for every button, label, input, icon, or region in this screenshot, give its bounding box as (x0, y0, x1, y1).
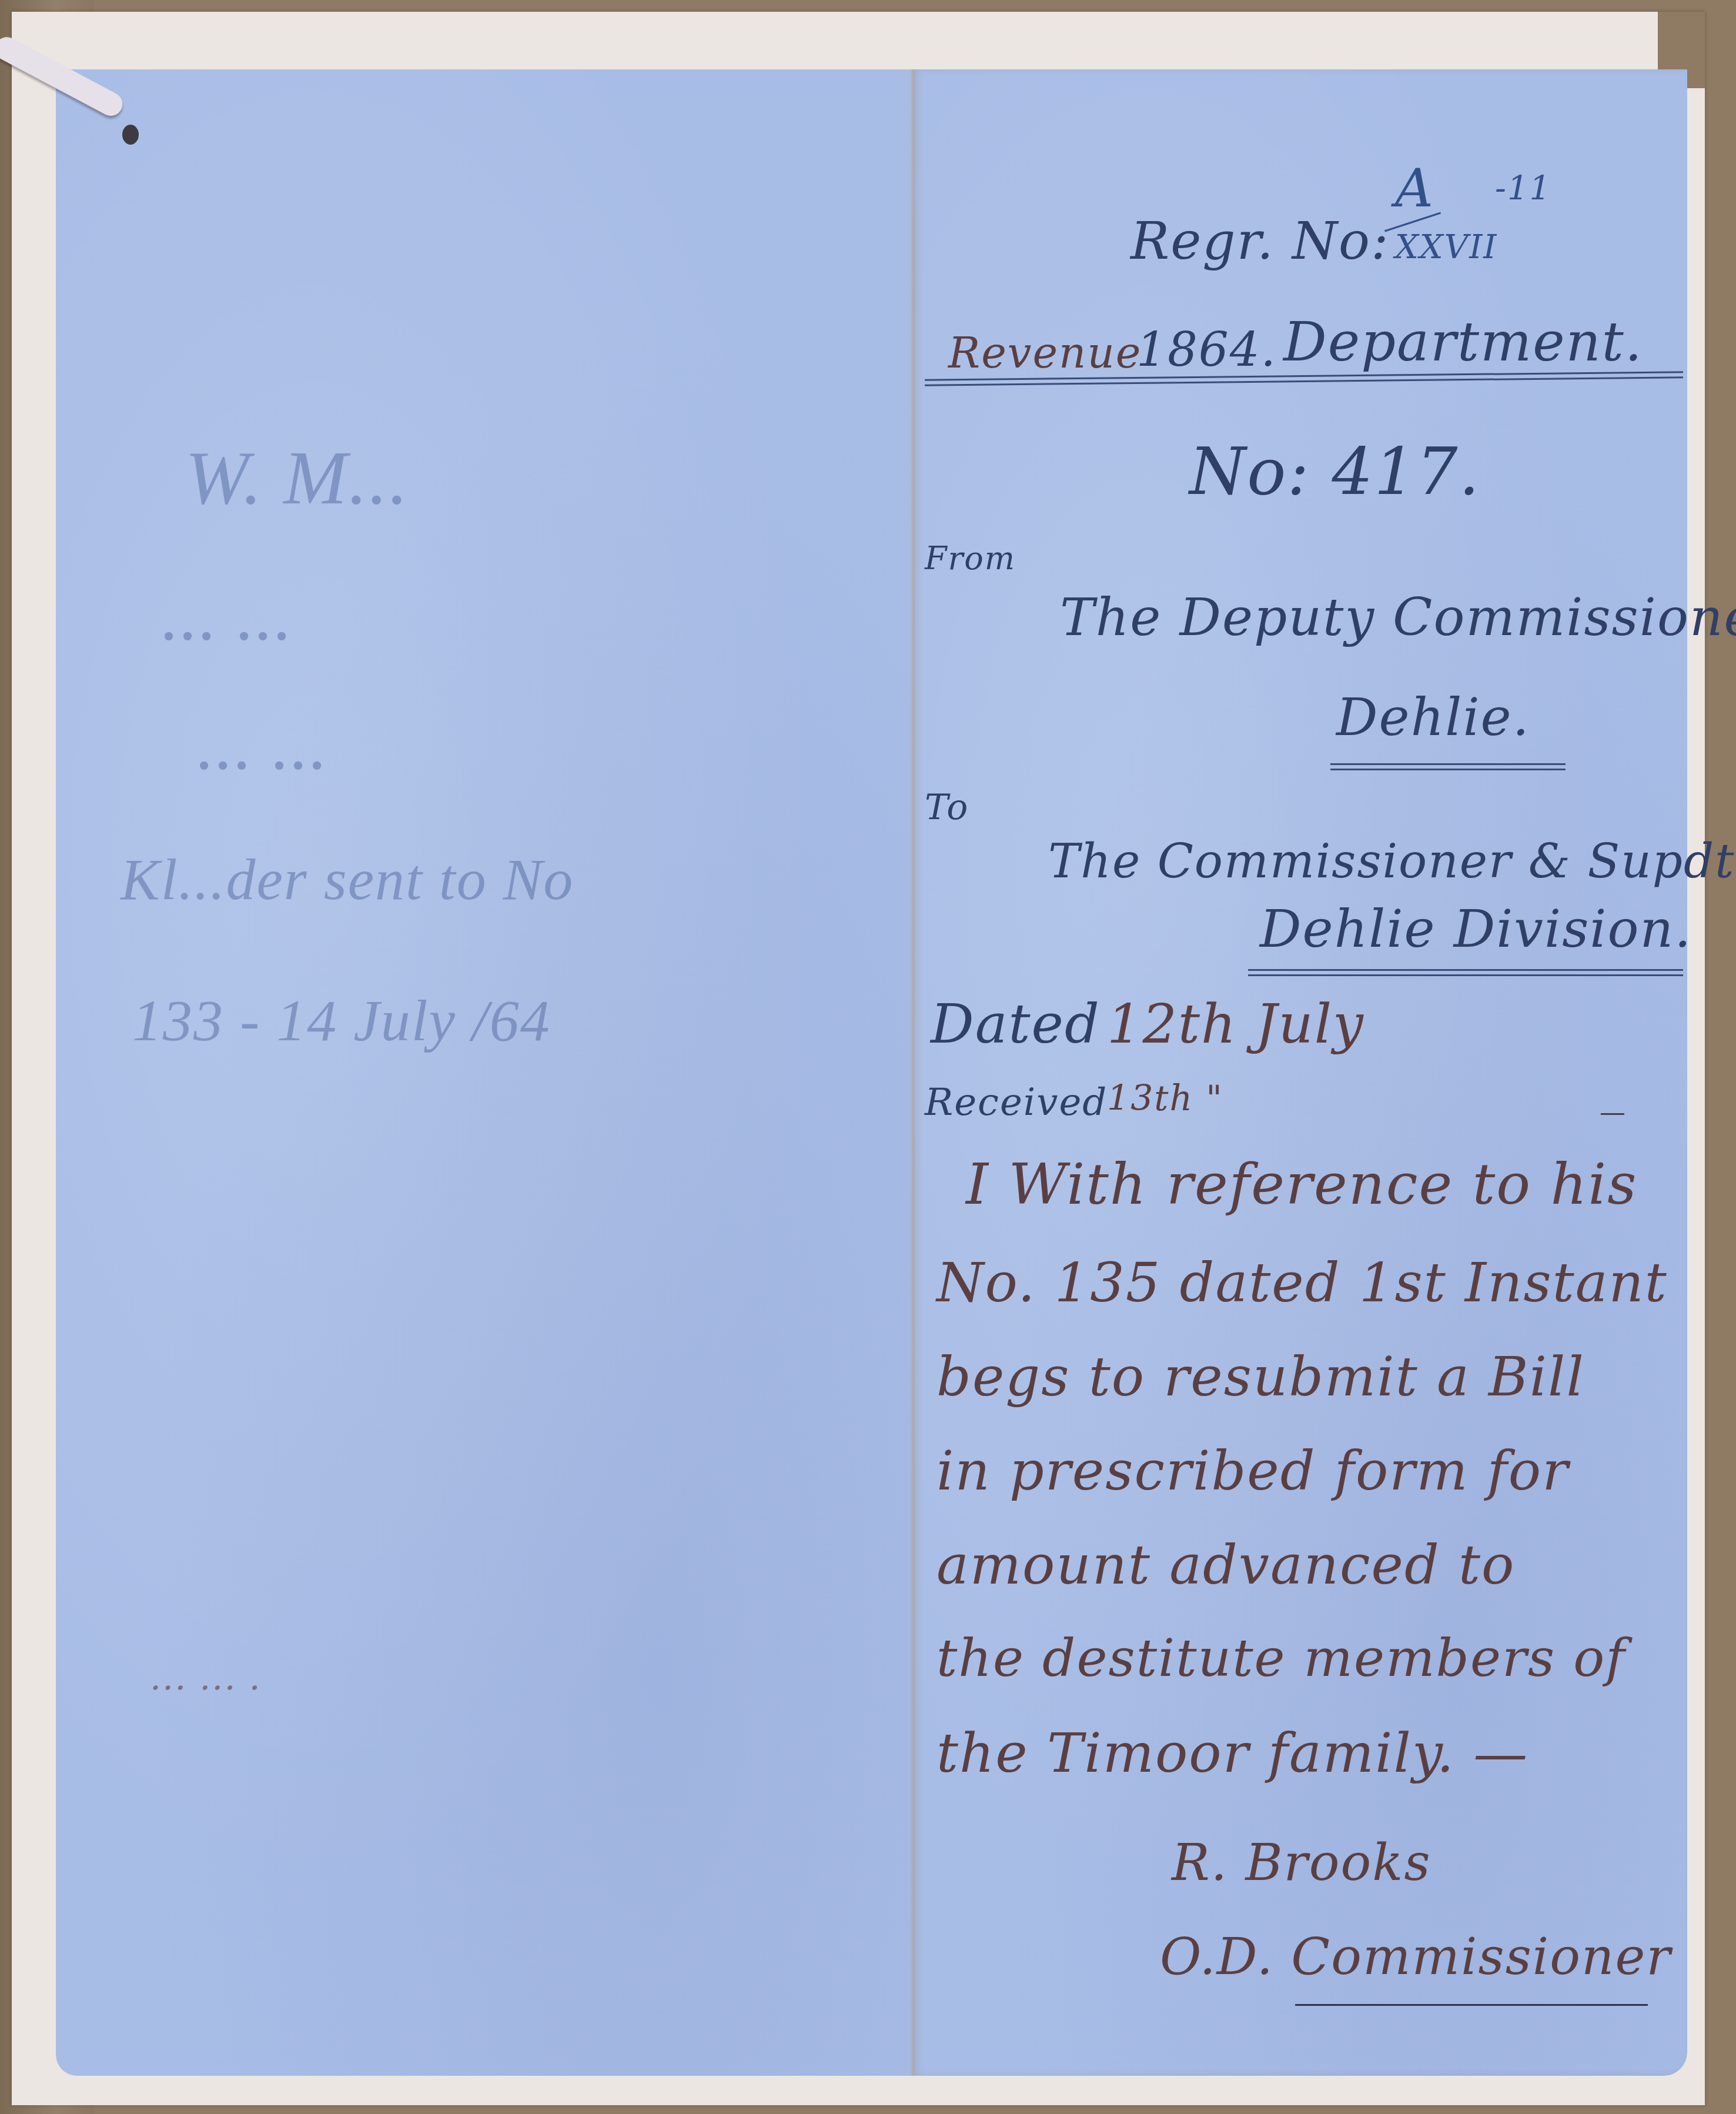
body-line-3: begs to resubmit a Bill (936, 1345, 1585, 1408)
punch-hole (122, 125, 139, 145)
from-line-2: Dehlie. (1336, 687, 1530, 747)
department-label: Department. (1283, 310, 1643, 373)
signature-title: O.D. Commissioner (1160, 1928, 1671, 1986)
body-line-4: in prescribed form for (936, 1440, 1569, 1502)
from-line-1: The Deputy Commissioner (1060, 587, 1736, 647)
signature-underline (1295, 2004, 1648, 2006)
pencil-note-4: Kl...der sent to No (121, 846, 574, 913)
received-dash (1601, 1113, 1624, 1115)
department-name: Revenue (948, 328, 1142, 378)
letter-number: No: 417. (1189, 434, 1480, 509)
department-year: 1864. (1136, 322, 1277, 377)
reg-no-value-bottom: XXVII (1395, 228, 1497, 266)
pencil-note-5: 133 - 14 July /64 (132, 987, 551, 1054)
reg-no-label: Regr. No: (1130, 211, 1390, 271)
reg-no-suffix: -11 (1495, 169, 1551, 208)
dated-value: 12th July (1107, 993, 1364, 1056)
center-fold (910, 69, 916, 2076)
bottom-ink-marks: ... ... . (150, 1657, 262, 1698)
body-line-1: I With reference to his (966, 1151, 1637, 1217)
right-page: Regr. No: A XXVII -11 Revenue 1864. Depa… (913, 69, 1687, 2076)
received-label: Received (925, 1081, 1108, 1124)
left-page: W. M... ... ... ... ... Kl...der sent to… (56, 69, 913, 2076)
received-value: 13th " (1107, 1078, 1223, 1119)
pencil-note-3: ... ... (197, 704, 329, 786)
dated-label: Dated (931, 993, 1101, 1056)
to-line-1: The Commissioner & Supdt. (1048, 834, 1736, 889)
reg-no-value-top: A (1395, 158, 1434, 219)
to-label: To (925, 787, 969, 828)
from-underline (1330, 763, 1566, 770)
pencil-note-2: ... ... (162, 575, 293, 656)
body-line-6: the destitute members of (936, 1628, 1626, 1688)
pencil-note-1: W. M... (185, 434, 409, 522)
body-line-2: No. 135 dated 1st Instant (936, 1251, 1668, 1314)
to-underline (1248, 969, 1683, 976)
signature-name: R. Brooks (1172, 1834, 1431, 1892)
body-line-7: the Timoor family. — (936, 1722, 1528, 1785)
from-label: From (925, 540, 1016, 577)
to-line-2: Dehlie Division. (1260, 899, 1692, 959)
body-line-5: amount advanced to (936, 1534, 1515, 1597)
